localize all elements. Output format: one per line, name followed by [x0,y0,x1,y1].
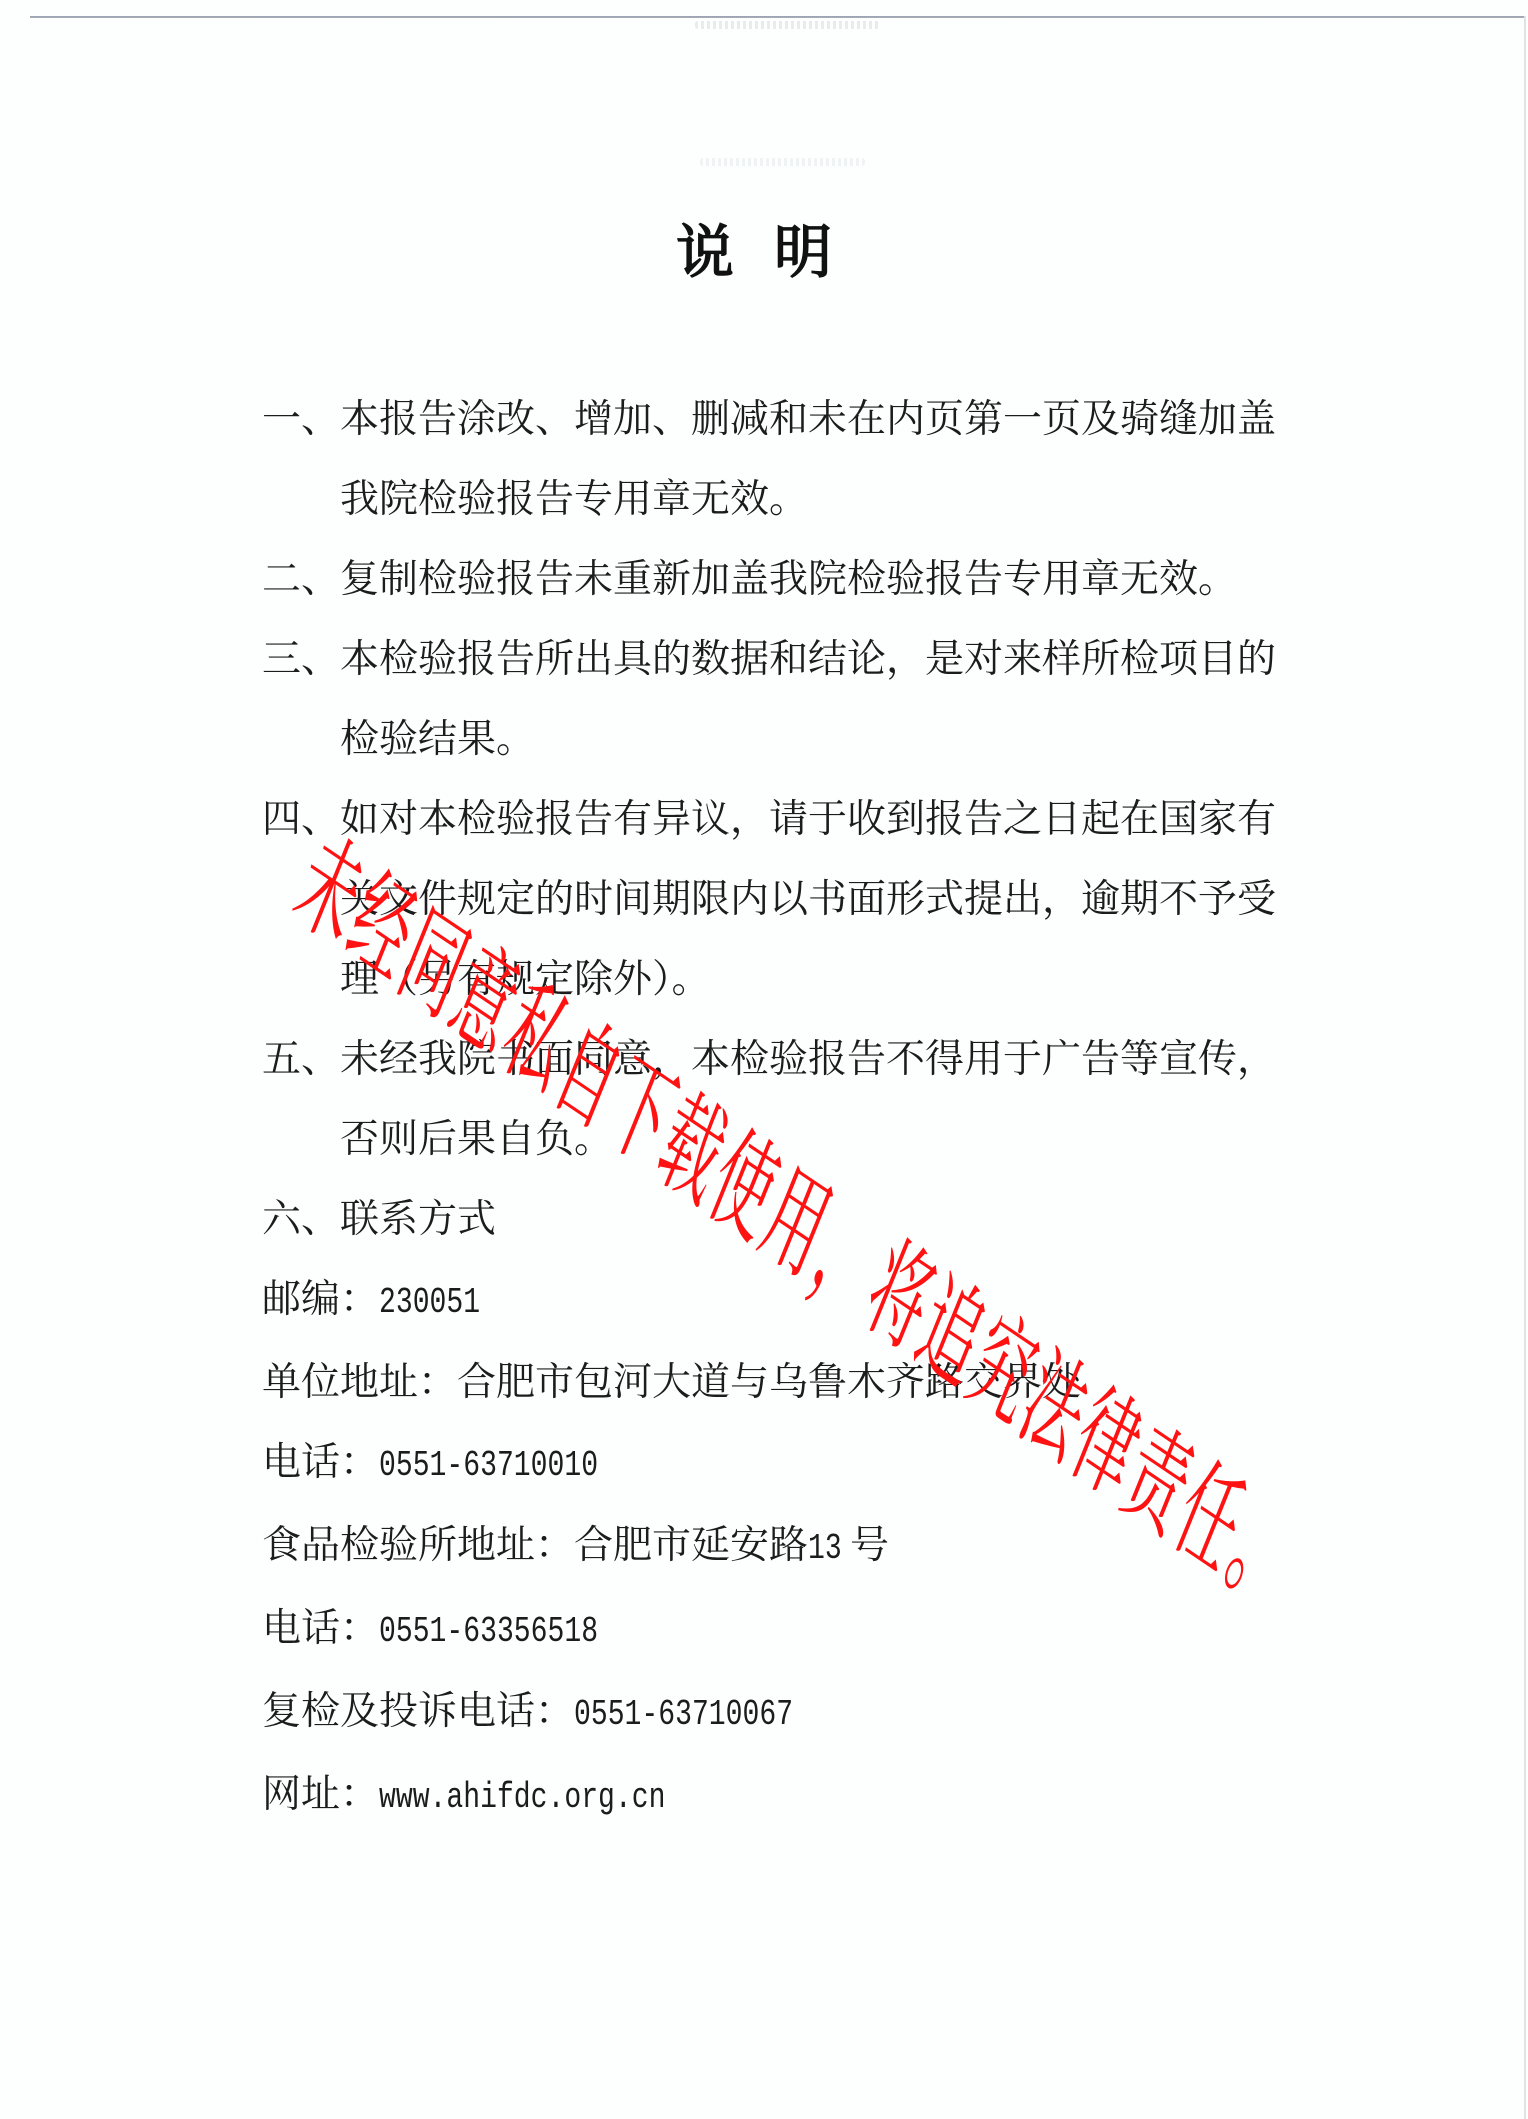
clause-text: 复制检验报告未重新加盖我院检验报告专用章无效。 [340,557,1237,602]
clause-5-continued: 否则后果自负。 [262,1100,1382,1180]
clause-number: 二、 [262,540,340,620]
postcode-value: 230051 [379,1263,480,1343]
clause-3-continued: 检验结果。 [262,700,1382,780]
clause-1-continued: 我院检验报告专用章无效。 [262,460,1382,540]
clause-text: 未经我院书面同意，本检验报告不得用于广告等宣传， [340,1037,1276,1082]
contact-info: 邮编：230051 单位地址：合肥市包河大道与乌鲁木齐路交界处 电话：0551-… [262,1260,1382,1838]
food-lab-address-number: 13 [808,1509,841,1589]
scan-bleed-through [700,158,865,166]
notice-body: 一、本报告涂改、增加、删减和未在内页第一页及骑缝加盖 我院检验报告专用章无效。 … [262,380,1382,1838]
clause-text: 本报告涂改、增加、删减和未在内页第一页及骑缝加盖 [340,397,1276,442]
scan-border-right [1524,16,1526,2119]
clause-text: 我院检验报告专用章无效。 [340,477,808,522]
page-title: 说明 [0,212,1528,292]
phone-value: 0551-63710010 [379,1426,598,1506]
clause-number: 一、 [262,380,340,460]
clause-number: 六、 [262,1180,340,1260]
clause-number: 四、 [262,780,340,860]
phone-label: 电话： [262,1440,379,1485]
clause-text: 理（另有规定除外）。 [340,957,711,1002]
food-lab-phone-line: 电话：0551-63356518 [262,1589,1382,1672]
clause-3: 三、本检验报告所出具的数据和结论，是对来样所检项目的 [262,620,1382,700]
website-line: 网址：www.ahifdc.org.cn [262,1755,1382,1838]
scanned-page: 说明 一、本报告涂改、增加、删减和未在内页第一页及骑缝加盖 我院检验报告专用章无… [0,0,1528,2119]
clause-number: 五、 [262,1020,340,1100]
clause-4-continued: 关文件规定的时间期限内以书面形式提出，逾期不予受 [262,860,1382,940]
clause-text: 关文件规定的时间期限内以书面形式提出，逾期不予受 [340,877,1276,922]
phone-line: 电话：0551-63710010 [262,1423,1382,1506]
food-lab-address-prefix: 合肥市延安路 [574,1523,808,1568]
clause-text: 联系方式 [340,1197,496,1242]
complaint-phone-value: 0551-63710067 [574,1675,793,1755]
complaint-phone-line: 复检及投诉电话：0551-63710067 [262,1672,1382,1755]
clause-number: 三、 [262,620,340,700]
postcode-line: 邮编：230051 [262,1260,1382,1343]
website-link[interactable]: www.ahifdc.org.cn [379,1758,665,1838]
clause-text: 检验结果。 [340,717,535,762]
clause-6-heading: 六、联系方式 [262,1180,1382,1260]
address-label: 单位地址： [262,1360,457,1405]
clause-4: 四、如对本检验报告有异议，请于收到报告之日起在国家有 [262,780,1382,860]
address-value: 合肥市包河大道与乌鲁木齐路交界处 [457,1360,1081,1405]
food-lab-address-label: 食品检验所地址： [262,1523,574,1568]
clause-text: 否则后果自负。 [340,1117,613,1162]
food-lab-address-suffix: 号 [850,1523,889,1568]
food-lab-phone-label: 电话： [262,1606,379,1651]
postcode-label: 邮编： [262,1277,379,1322]
clause-4-continued: 理（另有规定除外）。 [262,940,1382,1020]
scan-bleed-through [695,21,880,29]
clause-5: 五、未经我院书面同意，本检验报告不得用于广告等宣传， [262,1020,1382,1100]
complaint-phone-label: 复检及投诉电话： [262,1689,574,1734]
clause-2: 二、复制检验报告未重新加盖我院检验报告专用章无效。 [262,540,1382,620]
address-line: 单位地址：合肥市包河大道与乌鲁木齐路交界处 [262,1343,1382,1423]
clause-1: 一、本报告涂改、增加、删减和未在内页第一页及骑缝加盖 [262,380,1382,460]
website-label: 网址： [262,1772,379,1817]
food-lab-address-line: 食品检验所地址：合肥市延安路13号 [262,1506,1382,1589]
scan-border-top [30,16,1526,18]
clause-text: 本检验报告所出具的数据和结论，是对来样所检项目的 [340,637,1276,682]
food-lab-phone-value: 0551-63356518 [379,1592,598,1672]
clause-text: 如对本检验报告有异议，请于收到报告之日起在国家有 [340,797,1276,842]
